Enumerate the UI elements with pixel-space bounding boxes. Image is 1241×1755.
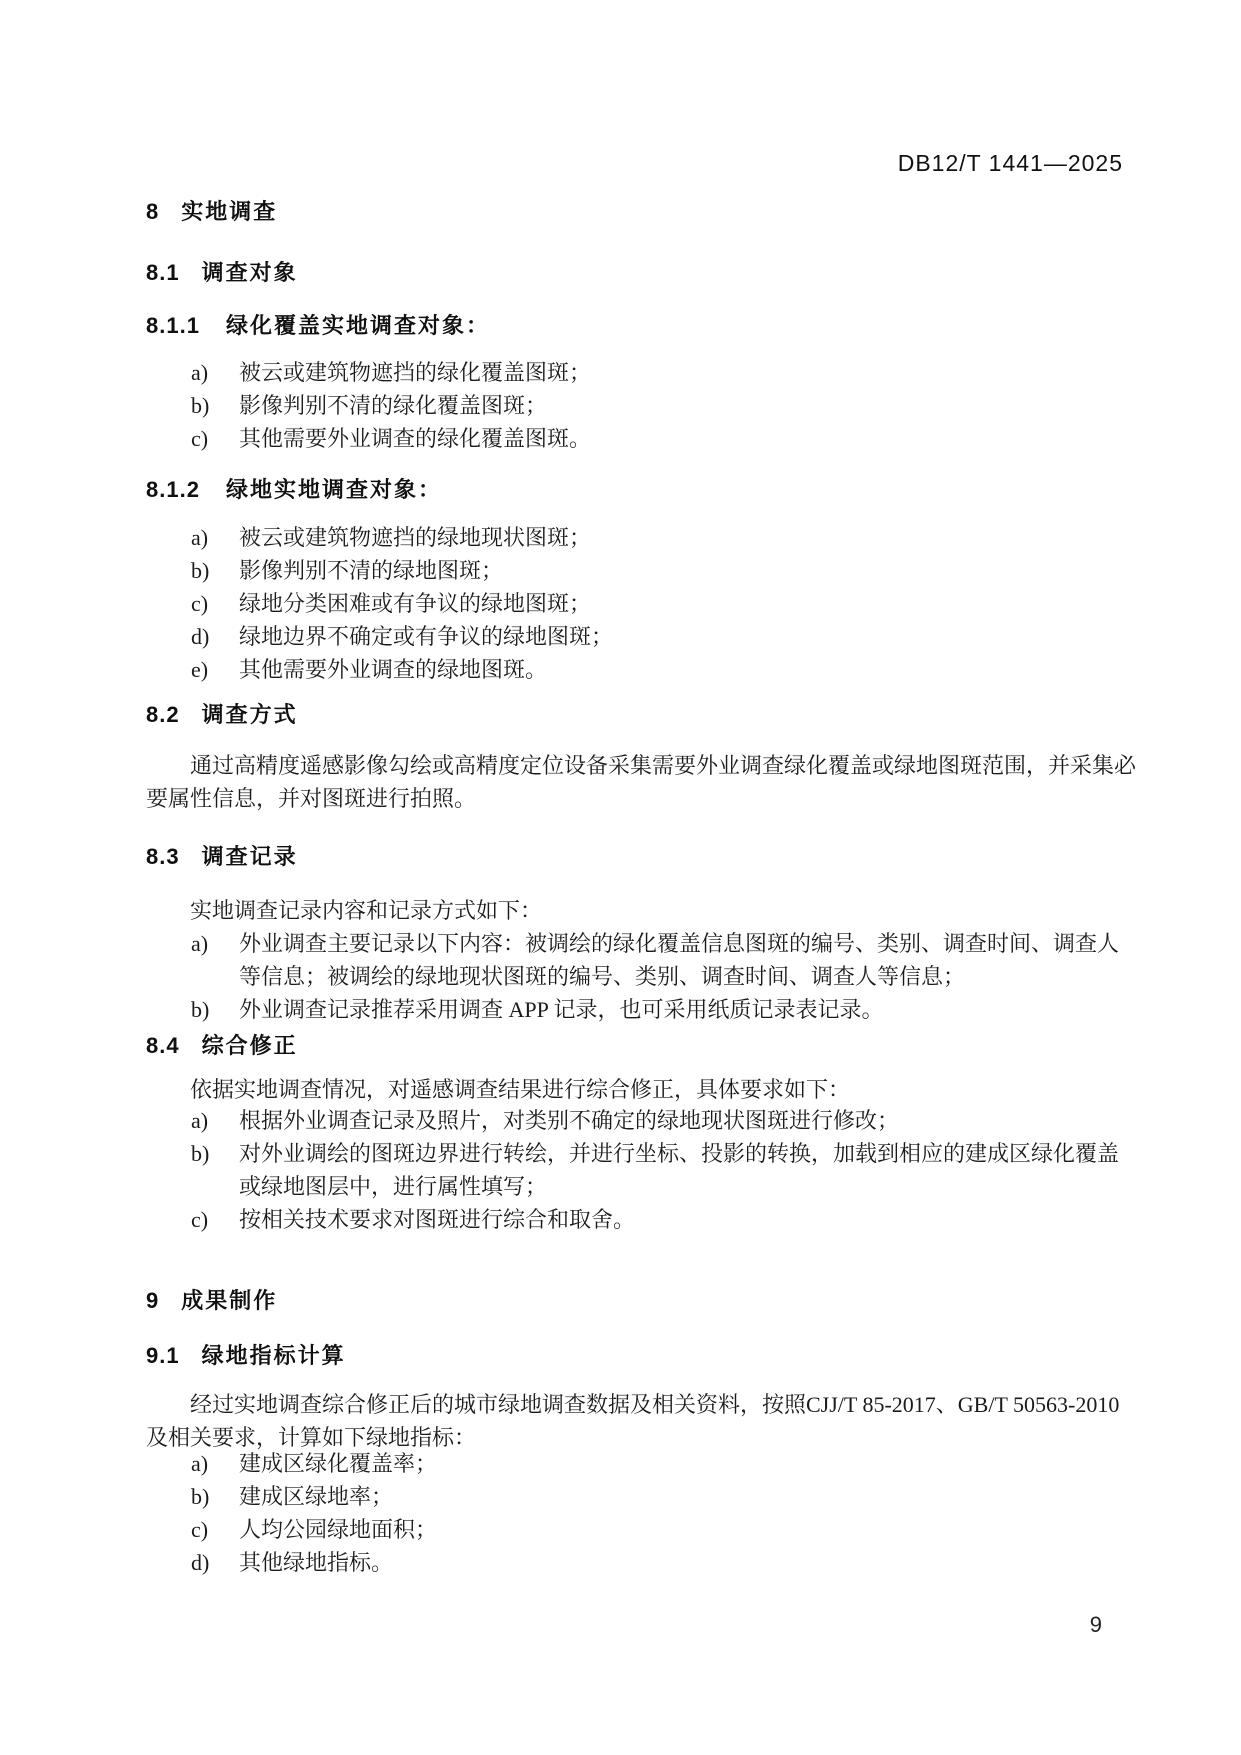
list-text-line: 影像判别不清的绿地图斑；: [239, 558, 503, 583]
list-item: d) 其他绿地指标。: [146, 1546, 1138, 1579]
list-item: c) 绿地分类困难或有争议的绿地图斑；: [146, 587, 1138, 620]
heading-title: 调查记录: [202, 844, 298, 869]
list-marker: a): [191, 521, 239, 554]
list-item: b) 建成区绿地率；: [146, 1480, 1138, 1513]
list-item: a) 建成区绿化覆盖率；: [146, 1447, 1138, 1480]
list-marker: c): [191, 1203, 239, 1236]
list-text-line: 其他需要外业调查的绿化覆盖图斑。: [239, 426, 591, 451]
list-text-line: 绿地边界不确定或有争议的绿地图斑；: [239, 624, 613, 649]
heading-number: 9.1: [146, 1343, 180, 1368]
heading-title: 绿化覆盖实地调查对象：: [226, 313, 490, 338]
list-marker: a): [191, 1447, 239, 1480]
list-text: 绿地边界不确定或有争议的绿地图斑；: [239, 620, 1138, 653]
intro-line: 依据实地调查情况，对遥感调查结果进行综合修正，具体要求如下：: [146, 1073, 1138, 1106]
list-text: 建成区绿地率；: [239, 1480, 1138, 1513]
document-page: DB12/T 1441—2025 8实地调查 8.1调查对象 8.1.1绿化覆盖…: [0, 0, 1241, 1755]
list-text-line: 外业调查主要记录以下内容：被调绘的绿化覆盖信息图斑的编号、类别、调查时间、调查人: [239, 927, 1138, 960]
list-marker: d): [191, 620, 239, 653]
list-text-line: 被云或建筑物遮挡的绿化覆盖图斑；: [239, 360, 591, 385]
list-marker: d): [191, 1546, 239, 1579]
paragraph-8-2: 通过高精度遥感影像勾绘或高精度定位设备采集需要外业调查绿化覆盖或绿地图斑范围，并…: [146, 749, 1138, 815]
list-marker: c): [191, 1513, 239, 1546]
list-text-line: 人均公园绿地面积；: [239, 1517, 437, 1542]
list-marker: c): [191, 422, 239, 455]
list-text: 建成区绿化覆盖率；: [239, 1447, 1138, 1480]
list-marker: b): [191, 554, 239, 587]
list-item: d) 绿地边界不确定或有争议的绿地图斑；: [146, 620, 1138, 653]
list-8-4: a) 根据外业调查记录及照片，对类别不确定的绿地现状图斑进行修改； b) 对外业…: [146, 1104, 1138, 1236]
heading-title: 调查方式: [202, 702, 298, 727]
list-9-1: a) 建成区绿化覆盖率； b) 建成区绿地率； c) 人均公园绿地面积； d) …: [146, 1447, 1138, 1579]
section-8-1-1-heading: 8.1.1绿化覆盖实地调查对象：: [146, 312, 1138, 339]
list-text-line: 影像判别不清的绿化覆盖图斑；: [239, 393, 547, 418]
list-marker: b): [191, 993, 239, 1026]
heading-title: 成果制作: [181, 1288, 277, 1313]
heading-number: 8.1.1: [146, 313, 200, 338]
list-item: a) 根据外业调查记录及照片，对类别不确定的绿地现状图斑进行修改；: [146, 1104, 1138, 1137]
heading-title: 绿地实地调查对象：: [226, 477, 442, 502]
heading-number: 8.1: [146, 260, 180, 285]
section-9-1-heading: 9.1绿地指标计算: [146, 1342, 1138, 1369]
list-marker: a): [191, 1104, 239, 1137]
list-text: 绿地分类困难或有争议的绿地图斑；: [239, 587, 1138, 620]
heading-number: 8.4: [146, 1033, 180, 1058]
list-text: 影像判别不清的绿地图斑；: [239, 554, 1138, 587]
list-marker: a): [191, 356, 239, 389]
list-text-line: 按相关技术要求对图斑进行综合和取舍。: [239, 1207, 635, 1232]
section-8-3-heading: 8.3调查记录: [146, 843, 1138, 870]
section-8-1-heading: 8.1调查对象: [146, 259, 1138, 286]
heading-number: 8.1.2: [146, 477, 200, 502]
list-text-line: 外业调查记录推荐采用调查 APP 记录，也可采用纸质记录表记录。: [239, 997, 884, 1022]
list-item: e) 其他需要外业调查的绿地图斑。: [146, 653, 1138, 686]
list-marker: c): [191, 587, 239, 620]
paragraph-line: 经过实地调查综合修正后的城市绿地调查数据及相关资料，按照CJJ/T 85-201…: [146, 1388, 1138, 1421]
section-8-1-2-heading: 8.1.2绿地实地调查对象：: [146, 476, 1138, 503]
list-item: b) 影像判别不清的绿化覆盖图斑；: [146, 389, 1138, 422]
list-text-line: 建成区绿化覆盖率；: [239, 1451, 437, 1476]
list-text: 对外业调绘的图斑边界进行转绘，并进行坐标、投影的转换，加载到相应的建成区绿化覆盖…: [239, 1137, 1138, 1203]
list-text-line: 绿地分类困难或有争议的绿地图斑；: [239, 591, 591, 616]
paragraph-line: 要属性信息，并对图斑进行拍照。: [146, 782, 1138, 815]
heading-number: 9: [146, 1288, 159, 1313]
heading-title: 调查对象: [202, 260, 298, 285]
list-text: 被云或建筑物遮挡的绿地现状图斑；: [239, 521, 1138, 554]
heading-number: 8.3: [146, 844, 180, 869]
paragraph-9-1: 经过实地调查综合修正后的城市绿地调查数据及相关资料，按照CJJ/T 85-201…: [146, 1388, 1138, 1454]
list-text: 影像判别不清的绿化覆盖图斑；: [239, 389, 1138, 422]
list-text: 外业调查记录推荐采用调查 APP 记录，也可采用纸质记录表记录。: [239, 993, 1138, 1026]
list-item: c) 人均公园绿地面积；: [146, 1513, 1138, 1546]
list-item: b) 影像判别不清的绿地图斑；: [146, 554, 1138, 587]
heading-number: 8: [146, 199, 159, 224]
list-8-1-2: a) 被云或建筑物遮挡的绿地现状图斑； b) 影像判别不清的绿地图斑； c) 绿…: [146, 521, 1138, 686]
paragraph-line: 通过高精度遥感影像勾绘或高精度定位设备采集需要外业调查绿化覆盖或绿地图斑范围，并…: [146, 749, 1138, 782]
list-marker: a): [191, 927, 239, 960]
heading-number: 8.2: [146, 702, 180, 727]
list-text: 外业调查主要记录以下内容：被调绘的绿化覆盖信息图斑的编号、类别、调查时间、调查人…: [239, 927, 1138, 993]
heading-title: 绿地指标计算: [202, 1343, 346, 1368]
list-marker: b): [191, 1480, 239, 1513]
section-8-heading: 8实地调查: [146, 198, 1138, 225]
list-text-line: 对外业调绘的图斑边界进行转绘，并进行坐标、投影的转换，加载到相应的建成区绿化覆盖: [239, 1137, 1138, 1170]
list-item: c) 按相关技术要求对图斑进行综合和取舍。: [146, 1203, 1138, 1236]
section-8-4-heading: 8.4综合修正: [146, 1032, 1138, 1059]
list-text-line: 被云或建筑物遮挡的绿地现状图斑；: [239, 525, 591, 550]
list-text-line: 或绿地图层中，进行属性填写；: [239, 1170, 1138, 1203]
list-text-line: 根据外业调查记录及照片，对类别不确定的绿地现状图斑进行修改；: [239, 1108, 899, 1133]
list-item: c) 其他需要外业调查的绿化覆盖图斑。: [146, 422, 1138, 455]
list-text: 其他需要外业调查的绿化覆盖图斑。: [239, 422, 1138, 455]
page-header-standard-number: DB12/T 1441—2025: [146, 150, 1123, 176]
list-text: 按相关技术要求对图斑进行综合和取舍。: [239, 1203, 1138, 1236]
list-marker: b): [191, 389, 239, 422]
heading-title: 实地调查: [181, 199, 277, 224]
intro-8-4: 依据实地调查情况，对遥感调查结果进行综合修正，具体要求如下：: [146, 1073, 1138, 1106]
list-text: 其他需要外业调查的绿地图斑。: [239, 653, 1138, 686]
list-text-line: 其他绿地指标。: [239, 1550, 393, 1575]
list-text-line: 其他需要外业调查的绿地图斑。: [239, 657, 547, 682]
list-item: a) 被云或建筑物遮挡的绿化覆盖图斑；: [146, 356, 1138, 389]
list-item: b) 对外业调绘的图斑边界进行转绘，并进行坐标、投影的转换，加载到相应的建成区绿…: [146, 1137, 1138, 1203]
list-text: 根据外业调查记录及照片，对类别不确定的绿地现状图斑进行修改；: [239, 1104, 1138, 1137]
list-marker: b): [191, 1137, 239, 1170]
list-text: 被云或建筑物遮挡的绿化覆盖图斑；: [239, 356, 1138, 389]
page-number: 9: [146, 1612, 1102, 1638]
intro-8-3: 实地调查记录内容和记录方式如下：: [146, 894, 1138, 927]
list-marker: e): [191, 653, 239, 686]
list-8-3: a) 外业调查主要记录以下内容：被调绘的绿化覆盖信息图斑的编号、类别、调查时间、…: [146, 927, 1138, 1026]
section-9-heading: 9成果制作: [146, 1287, 1138, 1314]
heading-title: 综合修正: [202, 1033, 298, 1058]
list-item: b) 外业调查记录推荐采用调查 APP 记录，也可采用纸质记录表记录。: [146, 993, 1138, 1026]
list-item: a) 被云或建筑物遮挡的绿地现状图斑；: [146, 521, 1138, 554]
list-text: 人均公园绿地面积；: [239, 1513, 1138, 1546]
list-item: a) 外业调查主要记录以下内容：被调绘的绿化覆盖信息图斑的编号、类别、调查时间、…: [146, 927, 1138, 993]
list-text-line: 建成区绿地率；: [239, 1484, 393, 1509]
section-8-2-heading: 8.2调查方式: [146, 701, 1138, 728]
intro-line: 实地调查记录内容和记录方式如下：: [146, 894, 1138, 927]
list-8-1-1: a) 被云或建筑物遮挡的绿化覆盖图斑； b) 影像判别不清的绿化覆盖图斑； c)…: [146, 356, 1138, 455]
list-text-line: 等信息；被调绘的绿地现状图斑的编号、类别、调查时间、调查人等信息；: [239, 960, 1138, 993]
list-text: 其他绿地指标。: [239, 1546, 1138, 1579]
